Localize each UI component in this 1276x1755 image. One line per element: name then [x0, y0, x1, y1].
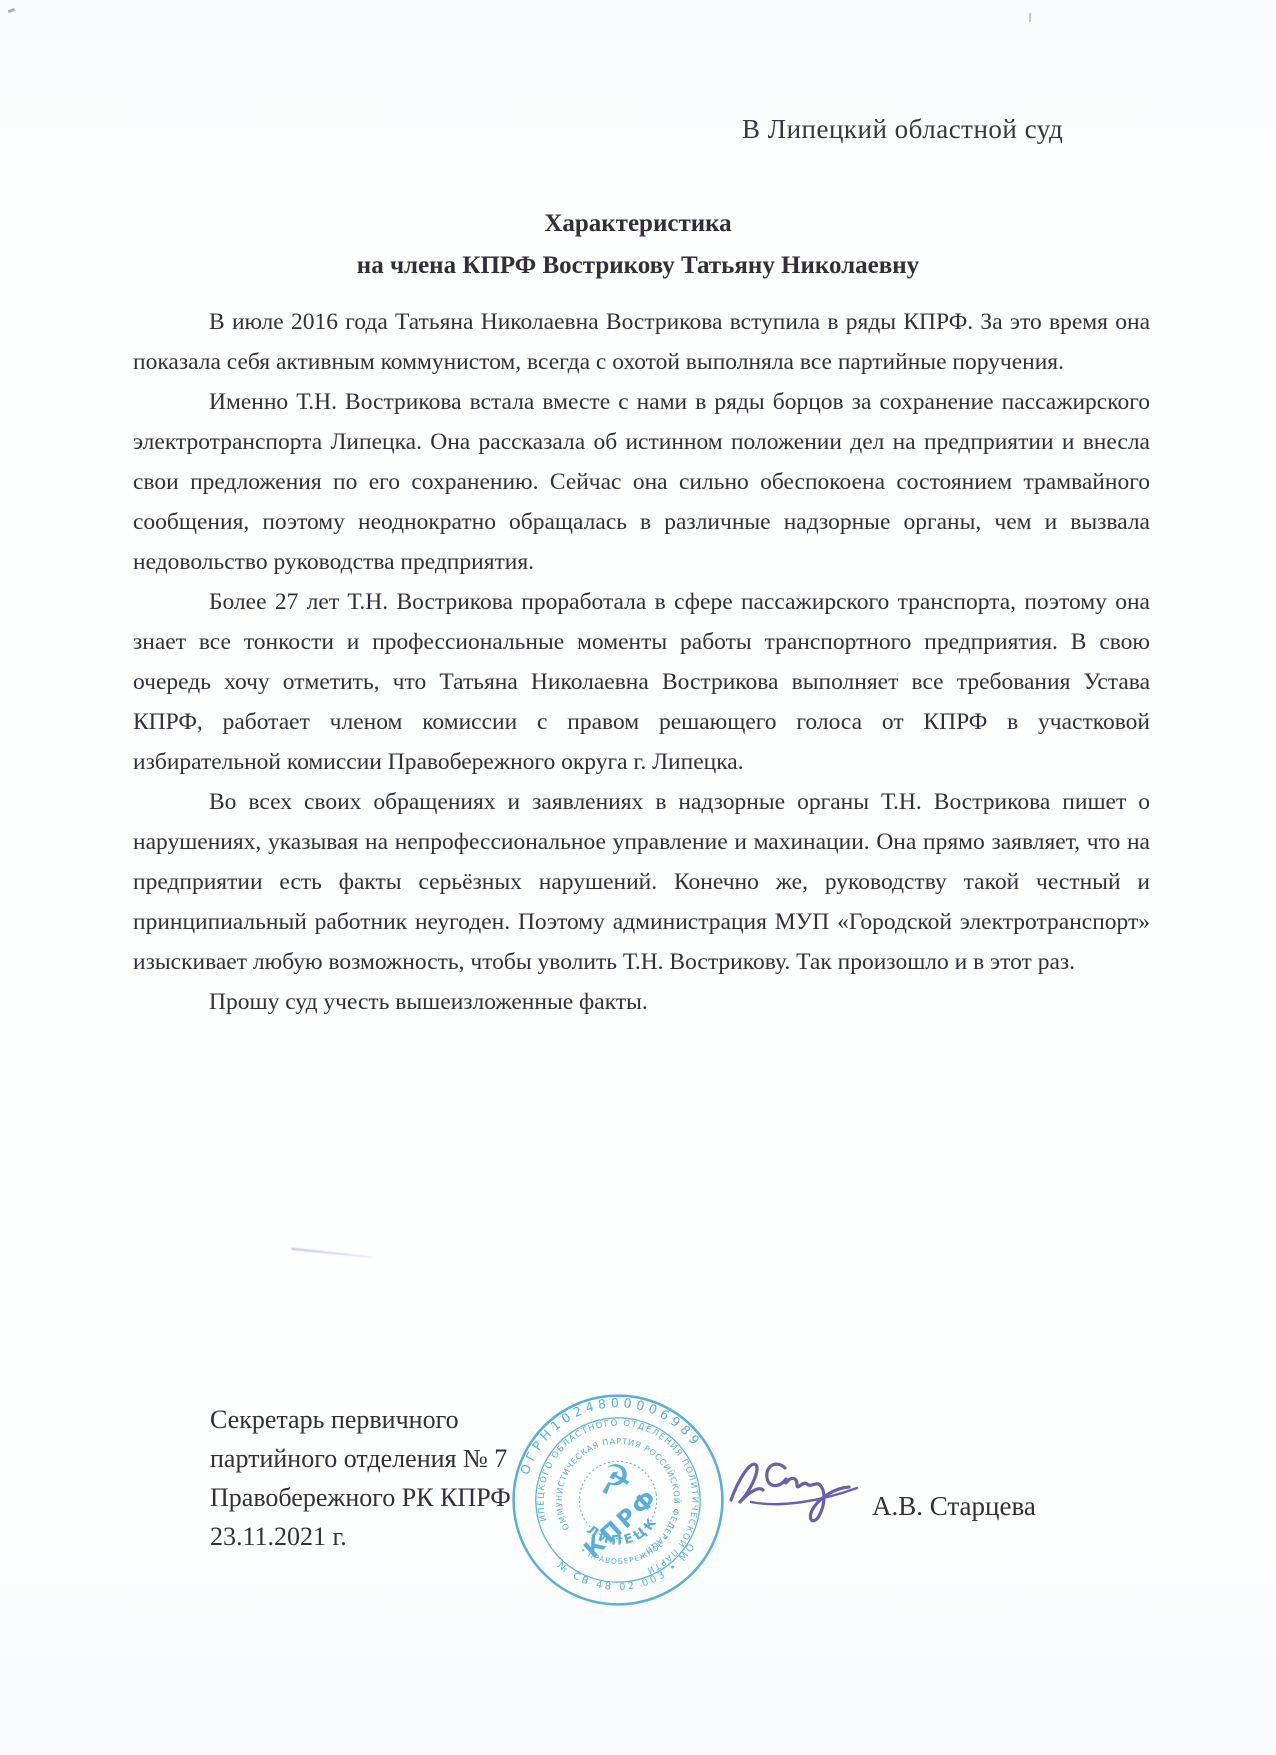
title-block: Характеристика на члена КПРФ Вострикову …: [0, 203, 1276, 287]
signature-stroke-m: [786, 1478, 820, 1487]
paragraph: Прошу суд учесть вышеизложенные факты.: [133, 982, 1150, 1022]
paragraph: Во всех своих обращениях и заявлениях в …: [133, 782, 1150, 982]
document-title: Характеристика: [0, 203, 1276, 245]
signatory-name: А.В. Старцева: [872, 1491, 1036, 1522]
signature-strokes: [731, 1464, 857, 1521]
paragraph: Более 27 лет Т.Н. Вострикова проработала…: [133, 582, 1150, 782]
signature-stroke-c: [767, 1464, 786, 1485]
scan-artifact-top-right: [1029, 13, 1031, 22]
signature-block: Секретарь первичного партийного отделени…: [210, 1400, 511, 1556]
scanned-document-page: В Липецкий областной суд Характеристика …: [0, 0, 1276, 1755]
signature-line: партийного отделения № 7: [210, 1439, 511, 1478]
document-body: В июле 2016 года Татьяна Николаевна Вост…: [133, 302, 1150, 1022]
signature-stroke-initial: [731, 1464, 763, 1502]
signature-line: 23.11.2021 г.: [210, 1517, 511, 1556]
paragraph: В июле 2016 года Татьяна Николаевна Вост…: [133, 302, 1150, 382]
kprf-round-stamp-icon: ОГРН1024800006989 № СВ 48 02 003 • МО ЛИ…: [502, 1384, 734, 1616]
signature-line: Правобережного РК КПРФ: [210, 1478, 511, 1517]
signature-underline: [751, 1488, 857, 1504]
scan-artifact-top-left: [8, 8, 16, 13]
signature-line: Секретарь первичного: [210, 1400, 511, 1439]
recipient-line: В Липецкий областной суд: [742, 114, 1063, 145]
pencil-smudge: [291, 1248, 373, 1259]
signature-stroke-tail: [810, 1485, 849, 1521]
document-subtitle: на члена КПРФ Вострикову Татьяну Николае…: [0, 245, 1276, 287]
paragraph: Именно Т.Н. Вострикова встала вместе с н…: [133, 382, 1150, 582]
handwritten-signature-icon: [723, 1438, 875, 1536]
stamp-rotated-group: ОГРН1024800006989 № СВ 48 02 003 • МО ЛИ…: [502, 1384, 734, 1616]
